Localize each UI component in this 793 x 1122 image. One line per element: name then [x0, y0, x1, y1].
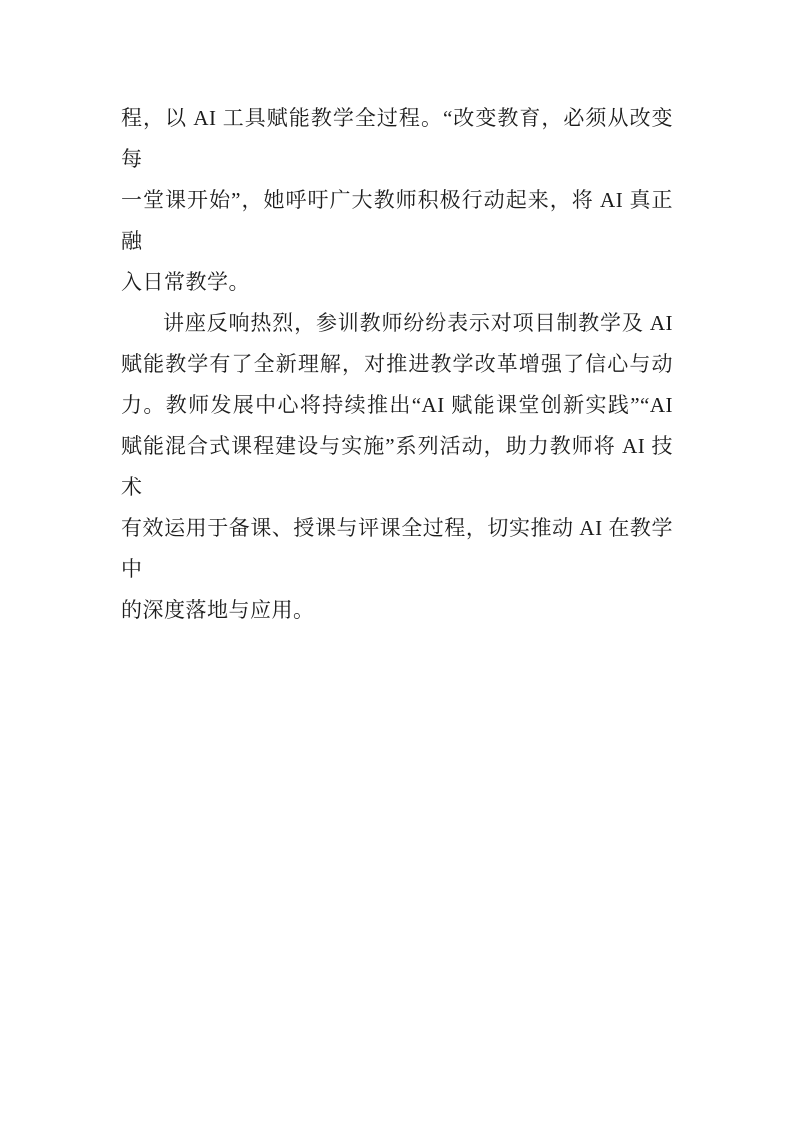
text-line: 讲座反响热烈，参训教师纷纷表示对项目制教学及 AI: [121, 303, 673, 344]
text-line: 力。教师发展中心将持续推出“AI 赋能课堂创新实践”“AI: [121, 385, 673, 426]
text-line: 有效运用于备课、授课与评课全过程，切实推动 AI 在教学中: [121, 508, 673, 590]
body-text: 程，以 AI 工具赋能教学全过程。“改变教育，必须从改变每 一堂课开始”，她呼吁…: [121, 98, 673, 631]
text-line: 一堂课开始”，她呼吁广大教师积极行动起来，将 AI 真正融: [121, 180, 673, 262]
text-line: 入日常教学。: [121, 262, 673, 303]
text-line: 程，以 AI 工具赋能教学全过程。“改变教育，必须从改变每: [121, 98, 673, 180]
text-line: 赋能教学有了全新理解，对推进教学改革增强了信心与动: [121, 344, 673, 385]
text-line: 的深度落地与应用。: [121, 590, 673, 631]
document-page: 程，以 AI 工具赋能教学全过程。“改变教育，必须从改变每 一堂课开始”，她呼吁…: [0, 0, 793, 1122]
text-line: 赋能混合式课程建设与实施”系列活动，助力教师将 AI 技术: [121, 426, 673, 508]
